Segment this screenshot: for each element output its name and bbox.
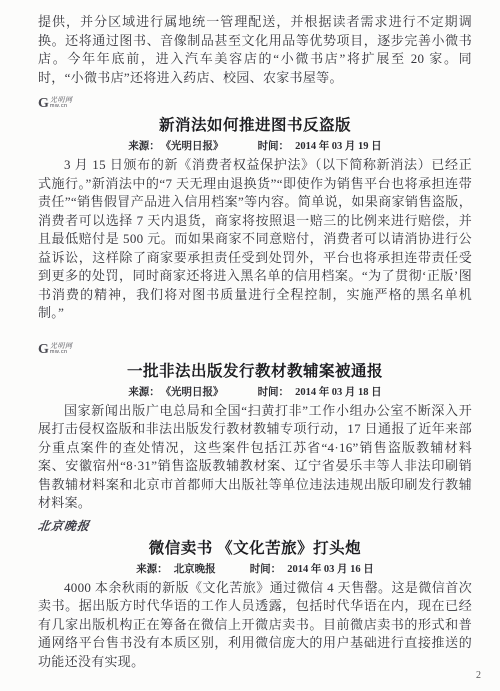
time-label: 时间： (258, 141, 290, 152)
article-body: 4000 本余秋雨的新版《文化苦旅》通过微信 4 天售罄。这是微信首次卖书。据出… (38, 579, 472, 672)
article-title: 微信卖书 《文化苦旅》打头炮 (38, 536, 472, 558)
beijing-evening-news-logo: 北京晚报 (37, 517, 91, 534)
time-label: 时间： (258, 387, 290, 398)
article-3: 北京晚报 微信卖书 《文化苦旅》打头炮 来源：北京晚报时间：2014 年 03 … (38, 517, 472, 672)
gmw-logo-sub: mw.cn (50, 104, 73, 110)
source-value: 《光明日报》 (166, 141, 224, 152)
article-body: 国家新闻出版广电总局和全国“扫黄打非”工作小组办公室不断深入开展打击侵权盗版和非… (38, 402, 472, 513)
time-label: 时间： (250, 564, 282, 575)
article-meta: 来源：北京晚报时间：2014 年 03 月 16 日 (38, 561, 472, 576)
time-value: 2014 年 03 月 16 日 (287, 564, 374, 575)
article-body: 3 月 15 日颁布的新《消费者权益保护法》（以下简称新消法）已经正式施行。”新… (38, 156, 472, 323)
page-number: 2 (476, 670, 481, 681)
source-value: 北京晚报 (174, 564, 216, 575)
gmw-logo-g: G (38, 343, 49, 357)
intro-paragraph: 提供，并分区域进行属地统一管理配送，并根据读者需求进行不定期调换。还将通过图书、… (38, 13, 472, 87)
time-value: 2014 年 03 月 19 日 (295, 141, 382, 152)
article-title: 一批非法出版发行教材教辅案被通报 (38, 359, 472, 381)
document-page: 提供，并分区域进行属地统一管理配送，并根据读者需求进行不定期调换。还将通过图书、… (0, 0, 500, 691)
article-2: G 光明网 mw.cn 一批非法出版发行教材教辅案被通报 来源：《光明日报》时间… (38, 340, 472, 513)
article-meta: 来源：《光明日报》时间：2014 年 03 月 19 日 (38, 138, 472, 153)
article-title: 新消法如何推进图书反盗版 (38, 113, 472, 135)
gmw-logo-sub: mw.cn (50, 350, 73, 356)
article-meta: 来源：《光明日报》时间：2014 年 03 月 18 日 (38, 384, 472, 399)
source-label: 来源： (136, 564, 168, 575)
gmw-logo: G 光明网 mw.cn (38, 343, 72, 357)
article-1: G 光明网 mw.cn 新消法如何推进图书反盗版 来源：《光明日报》时间：201… (38, 94, 472, 323)
source-value: 《光明日报》 (166, 387, 224, 398)
gmw-logo-g: G (38, 97, 49, 111)
source-label: 来源： (128, 387, 160, 398)
gmw-logo: G 光明网 mw.cn (38, 97, 72, 111)
source-label: 来源： (128, 141, 160, 152)
time-value: 2014 年 03 月 18 日 (295, 387, 382, 398)
